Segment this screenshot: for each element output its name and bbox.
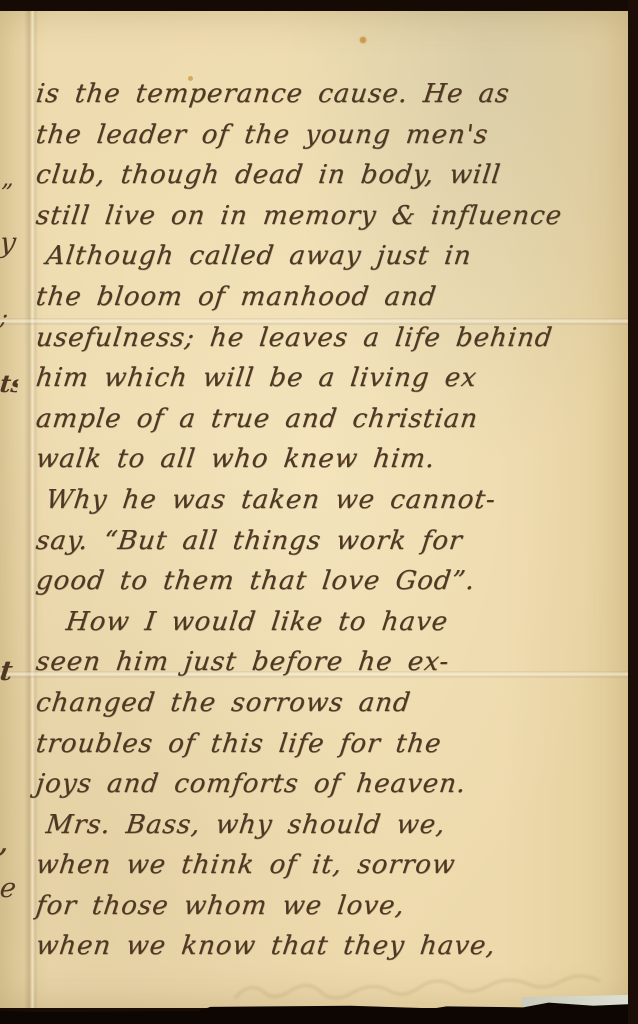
adjacent-page-text-fragment: , [0, 829, 20, 858]
adjacent-page-text-fragment: y [0, 226, 20, 259]
backdrop-top-band [0, 0, 638, 11]
letter-line: usefulness; he leaves a life behind [33, 323, 629, 364]
letter-page: ” y ; ts t , e is the temperance cause. … [0, 11, 629, 1008]
letter-line: seen him just before he ex- [33, 647, 629, 688]
foxing-speck [360, 37, 366, 43]
letter-line: good to them that love God”. [33, 566, 629, 607]
adjacent-page-text-fragment: ” [0, 179, 20, 207]
letter-line: walk to all who knew him. [33, 444, 629, 485]
letter-line: for those whom we love, [33, 891, 629, 932]
letter-line: ample of a true and christian [33, 404, 629, 445]
letter-line: changed the sorrows and [33, 688, 629, 729]
letter-line: joys and comforts of heaven. [33, 769, 629, 810]
letter-line: is the temperance cause. He as [33, 79, 629, 120]
adjacent-page-text-fragment: t [0, 656, 20, 687]
letter-line: the leader of the young men's [33, 120, 629, 161]
letter-scan: ” y ; ts t , e is the temperance cause. … [0, 0, 638, 1024]
letter-line: still live on in memory & influence [33, 201, 629, 242]
letter-line: say. “But all things work for [33, 526, 629, 567]
letter-line: How I would like to have [33, 607, 629, 648]
letter-line: him which will be a living ex [33, 363, 629, 404]
letter-line: the bloom of manhood and [33, 282, 629, 323]
letter-line: club, though dead in body, will [33, 160, 629, 201]
letter-line: Mrs. Bass, why should we, [33, 810, 629, 851]
letter-body: is the temperance cause. He as the leade… [33, 79, 625, 972]
letter-line: when we think of it, sorrow [33, 850, 629, 891]
adjacent-page-text-fragment: e [0, 873, 20, 904]
letter-line: Although called away just in [33, 241, 629, 282]
adjacent-page-text-fragment: ts [0, 369, 20, 398]
adjacent-page-text-fragment: ; [0, 303, 20, 331]
letter-line: Why he was taken we cannot- [33, 485, 629, 526]
backdrop-right-band [628, 0, 638, 1024]
letter-line: troubles of this life for the [33, 729, 629, 770]
letter-line: when we know that they have, [33, 931, 629, 972]
